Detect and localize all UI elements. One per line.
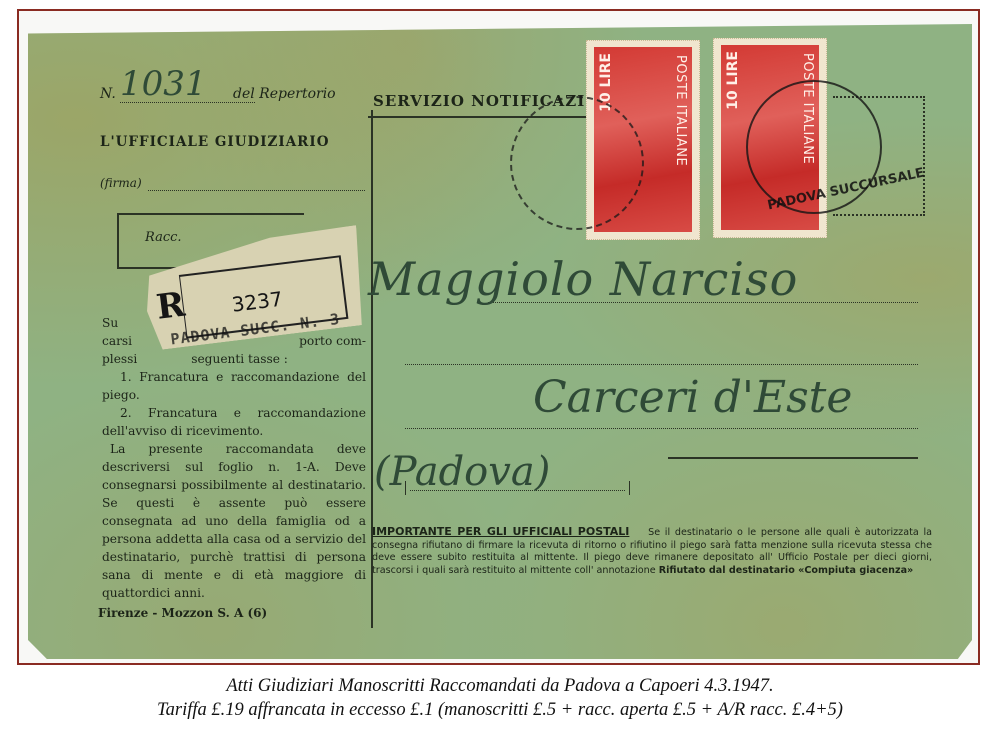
address-name: Maggiolo Narciso bbox=[368, 252, 798, 306]
printer-imprint: Firenze - Mozzon S. A (6) bbox=[98, 606, 267, 620]
address-dotline-2 bbox=[405, 364, 918, 365]
intro-fragment: plessi bbox=[102, 352, 137, 366]
tax-item-2: 2. Francatura e raccomandazione dell'avv… bbox=[102, 404, 366, 440]
intro-fragment: Su bbox=[102, 316, 118, 330]
caption-title: Atti Giudiziari Manoscritti Raccomandati… bbox=[0, 676, 1000, 697]
intro-fragment: carsi bbox=[102, 334, 132, 348]
address-province: (Padova) bbox=[374, 449, 550, 495]
postal-notice: IMPORTANTE PER GLI UFFICIALI POSTALI Se … bbox=[372, 526, 932, 577]
repertorio-label: del Repertorio bbox=[233, 86, 336, 102]
intro-tail: seguenti tasse : bbox=[191, 352, 288, 366]
racc-box-label: Racc. bbox=[145, 230, 182, 245]
postmark-left bbox=[510, 96, 644, 230]
address-underline bbox=[668, 457, 918, 459]
instructions-block: Su carsi porto com- plessi seguenti tass… bbox=[102, 314, 366, 602]
stamp-2-value: 10 LIRE bbox=[725, 51, 741, 110]
envelope: N. 1031 del Repertorio L'UFFICIALE GIUDI… bbox=[28, 24, 972, 659]
signature-label: (firma) bbox=[100, 176, 142, 190]
caption-tariff: Tariffa £.19 affrancata in eccesso £.1 (… bbox=[0, 700, 1000, 721]
tax-item-1: 1. Francatura e raccomandazione del pieg… bbox=[102, 368, 366, 404]
address-dotline-3 bbox=[405, 428, 918, 429]
stamp-1-country: POSTE ITALIANE bbox=[673, 55, 688, 166]
delivery-paragraph: La presente raccomandata deve descrivers… bbox=[102, 440, 366, 602]
officer-title: L'UFFICIALE GIUDIZIARIO bbox=[100, 134, 329, 150]
repertorio-number-handwritten: 1031 bbox=[120, 64, 207, 104]
paren-right bbox=[626, 481, 630, 495]
postal-notice-heading: IMPORTANTE PER GLI UFFICIALI POSTALI bbox=[372, 525, 629, 538]
postal-notice-bold: Rifiutato dal destinatario «Compiuta gia… bbox=[659, 565, 914, 576]
address-town: Carceri d'Este bbox=[533, 372, 852, 423]
number-prefix: N. bbox=[100, 86, 116, 102]
intro-tail: porto com- bbox=[299, 332, 366, 350]
registration-letter: R bbox=[154, 285, 187, 328]
signature-dotline bbox=[148, 190, 365, 191]
